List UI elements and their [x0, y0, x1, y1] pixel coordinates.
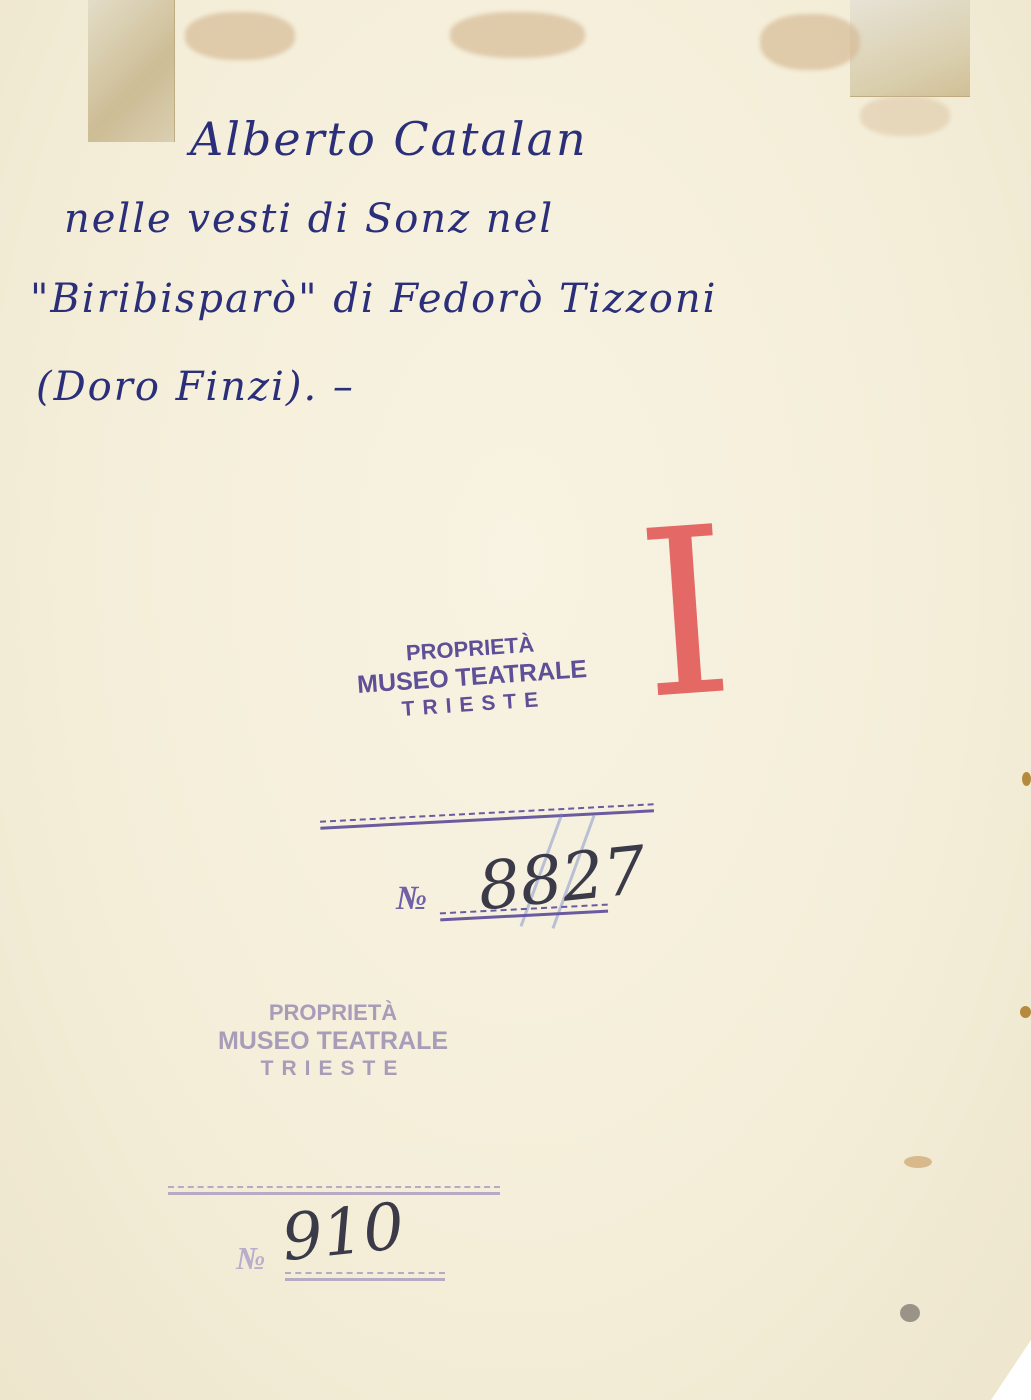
stain-spot: [904, 1156, 932, 1168]
stamp-line-museo: MUSEO TEATRALE: [188, 1026, 478, 1056]
stain-spot: [1020, 1006, 1031, 1018]
stain-spot: [1022, 772, 1031, 786]
handwriting-line-4: (Doro Finzi). –: [36, 364, 355, 410]
glue-stain: [760, 14, 860, 70]
handwriting-line-3: "Biribisparò" di Fedorò Tizzoni: [30, 276, 717, 322]
stain-spot: [900, 1304, 920, 1322]
stamp-rule: [285, 1272, 445, 1281]
tape-remnant-right: [850, 0, 970, 97]
torn-corner: [991, 1340, 1031, 1400]
inventory-number-bottom: 910: [278, 1190, 407, 1276]
stamp-rule: [168, 1186, 500, 1195]
museum-stamp-bottom: PROPRIETÀ MUSEO TEATRALE TRIESTE: [188, 1000, 478, 1082]
number-sign-bottom: №: [236, 1240, 265, 1277]
glue-stain: [450, 12, 585, 58]
glue-stain: [185, 12, 295, 60]
tape-remnant-left: [88, 0, 175, 142]
number-sign-top: №: [396, 880, 427, 918]
handwriting-line-1: Alberto Catalan: [190, 112, 588, 166]
red-pencil-mark: I: [632, 497, 739, 733]
stamp-line-trieste: TRIESTE: [188, 1056, 478, 1081]
handwriting-line-2: nelle vesti di Sonz nel: [64, 196, 554, 242]
stamp-line-proprieta: PROPRIETÀ: [188, 1000, 478, 1026]
glue-stain: [860, 96, 950, 136]
